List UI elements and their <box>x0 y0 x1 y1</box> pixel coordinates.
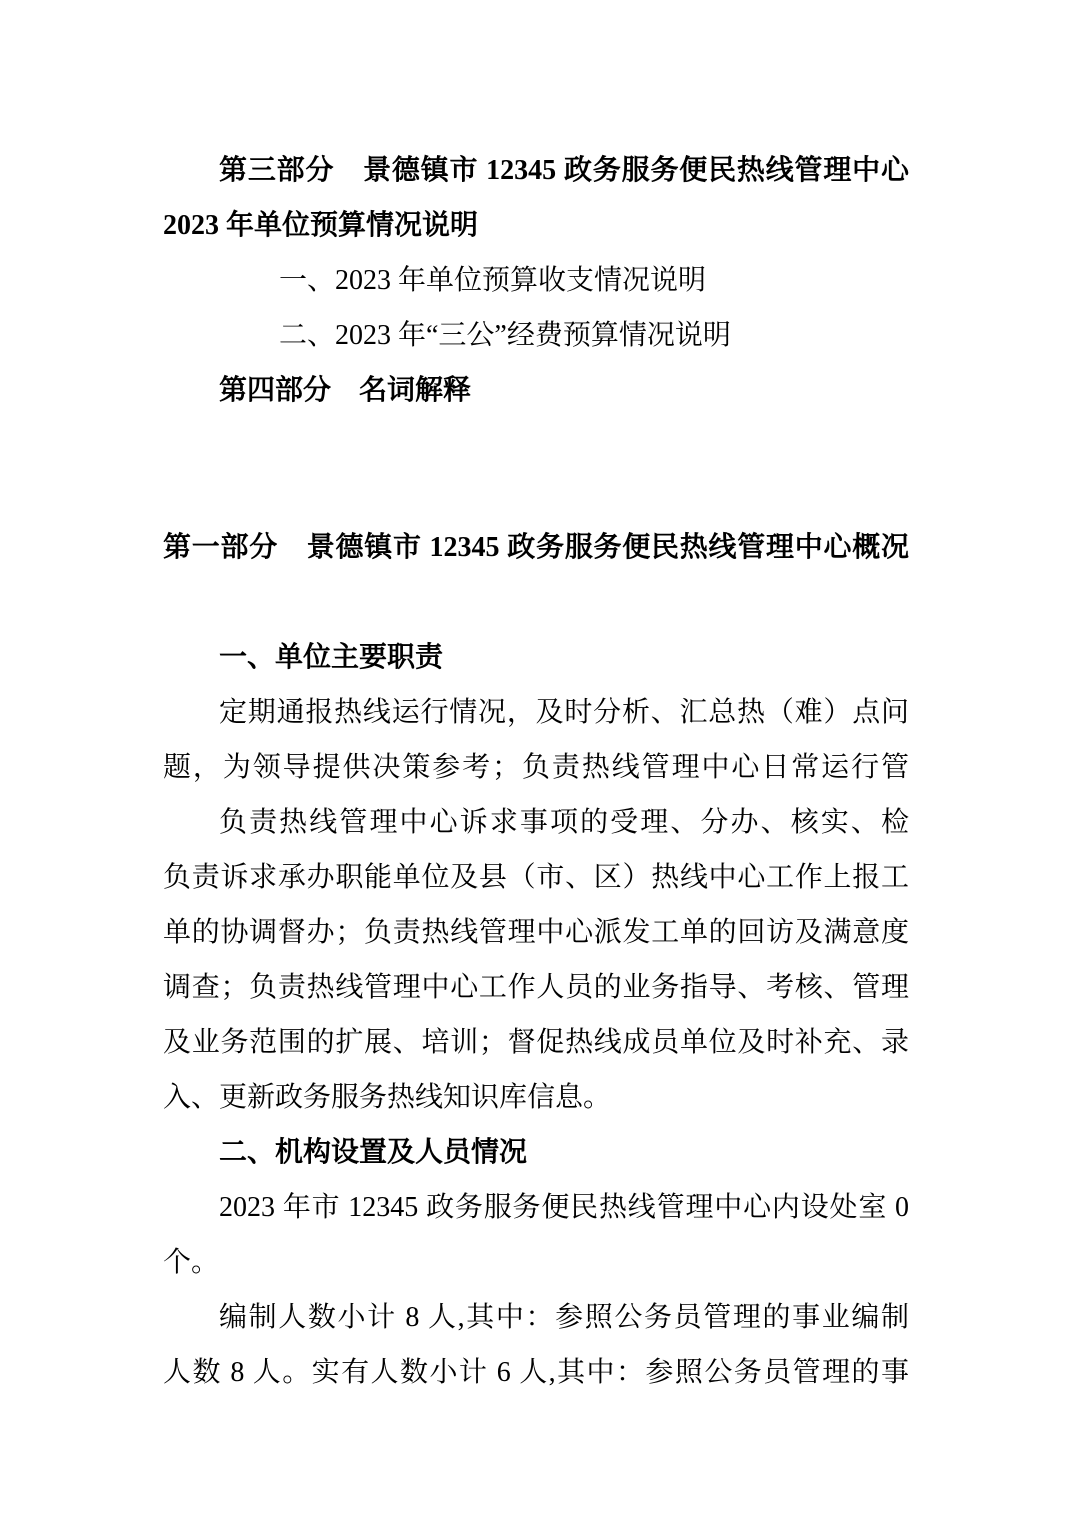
document-page: 第三部分 景德镇市 12345 政务服务便民热线管理中心 2023 年单位预算情… <box>0 0 1074 1520</box>
toc-part4-title: 第四部分 名词解释 <box>163 363 909 418</box>
part1-section2-heading: 二、机构设置及人员情况 <box>163 1125 909 1180</box>
part1-title: 第一部分 景德镇市 12345 政务服务便民热线管理中心概况 <box>163 518 909 578</box>
part1-para4-line1: 编制人数小计 8 人,其中：参照公务员管理的事业编制 <box>163 1290 909 1345</box>
part1-para1-line1: 定期通报热线运行情况，及时分析、汇总热（难）点问 <box>163 685 909 740</box>
part1-para2-line4: 调查；负责热线管理中心工作人员的业务指导、考核、管理 <box>163 960 909 1015</box>
part1-para2-line5: 及业务范围的扩展、培训；督促热线成员单位及时补充、录 <box>163 1015 909 1070</box>
toc-part3-title-line1: 第三部分 景德镇市 12345 政务服务便民热线管理中心 <box>163 143 909 198</box>
part1-body: 一、单位主要职责 定期通报热线运行情况，及时分析、汇总热（难）点问 题，为领导提… <box>163 630 909 1400</box>
part1-para1-line2: 题，为领导提供决策参考；负责热线管理中心日常运行管理； <box>163 740 909 795</box>
table-of-contents-fragment: 第三部分 景德镇市 12345 政务服务便民热线管理中心 2023 年单位预算情… <box>163 143 909 418</box>
part1-para3-line1: 2023 年市 12345 政务服务便民热线管理中心内设处室 0 <box>163 1180 909 1235</box>
toc-part3-item2: 二、2023 年“三公”经费预算情况说明 <box>163 308 909 363</box>
part1-para4-line2: 人数 8 人。实有人数小计 6 人,其中：参照公务员管理的事 <box>163 1345 909 1400</box>
part1-section1-heading: 一、单位主要职责 <box>163 630 909 685</box>
part1-para2-line3: 单的协调督办；负责热线管理中心派发工单的回访及满意度 <box>163 905 909 960</box>
part1-para2-line1: 负责热线管理中心诉求事项的受理、分办、核实、检查， <box>163 795 909 850</box>
part1-para2-line6: 入、更新政务服务热线知识库信息。 <box>163 1070 909 1125</box>
part1-para3-line2: 个。 <box>163 1235 909 1290</box>
part1-para2-line2: 负责诉求承办职能单位及县（市、区）热线中心工作上报工 <box>163 850 909 905</box>
toc-part3-item1: 一、2023 年单位预算收支情况说明 <box>163 253 909 308</box>
toc-part3-title-line2: 2023 年单位预算情况说明 <box>163 198 909 253</box>
